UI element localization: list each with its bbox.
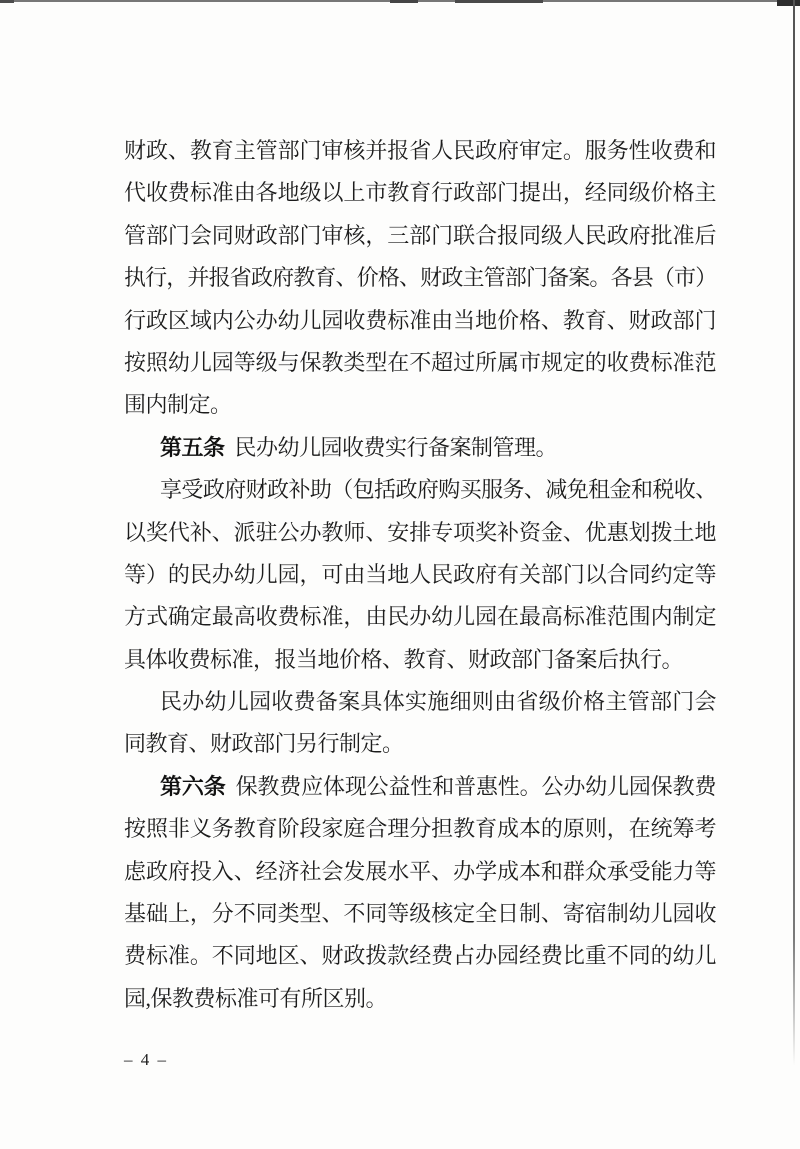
text-line: 同教育、财政部门另行制定。: [124, 723, 716, 765]
text-line: 按照幼儿园等级与保教类型在不超过所属市规定的收费标准范: [124, 342, 716, 384]
article-6-label: 第六条: [160, 774, 226, 799]
article-5-label: 第五条: [160, 435, 225, 460]
text-line: 按照非义务教育阶段家庭合理分担教育成本的原则，在统筹考: [124, 808, 716, 850]
text-line: 基础上，分不同类型、不同等级核定全日制、寄宿制幼儿园收: [124, 893, 716, 935]
article-6-line: 第六条保教费应体现公益性和普惠性。公办幼儿园保教费: [124, 766, 716, 808]
scan-edge-right: [793, 0, 795, 1066]
text-line: 等）的民办幼儿园，可由当地人民政府有关部门以合同约定等: [124, 554, 716, 596]
text-line: 园,保教费标准可有所区别。: [124, 978, 716, 1020]
text-line: 享受政府财政补助（包括政府购买服务、减免租金和税收、: [124, 469, 716, 511]
text-line: 民办幼儿园收费备案具体实施细则由省级价格主管部门会: [124, 681, 716, 723]
scan-smudge: [0, 0, 14, 3]
article-6-text: 保教费应体现公益性和普惠性。公办幼儿园保教费: [236, 774, 716, 799]
article-5-line: 第五条民办幼儿园收费实行备案制管理。: [124, 427, 716, 469]
text-line: 虑政府投入、经济社会发展水平、办学成本和群众承受能力等: [124, 851, 716, 893]
scan-smudge: [455, 0, 543, 3]
text-line: 管部门会同财政部门审核，三部门联合报同级人民政府批准后: [124, 215, 716, 257]
text-line: 具体收费标准，报当地价格、教育、财政部门备案后执行。: [124, 639, 716, 681]
document-body: 财政、教育主管部门审核并报省人民政府审定。服务性收费和 代收费标准由各地级以上市…: [124, 130, 716, 1020]
text-line: 财政、教育主管部门审核并报省人民政府审定。服务性收费和: [124, 130, 716, 172]
article-5-text: 民办幼儿园收费实行备案制管理。: [235, 435, 558, 460]
scan-smudge: [390, 0, 418, 3]
text-line: 费标准。不同地区、财政拨款经费占办园经费比重不同的幼儿: [124, 935, 716, 977]
page-number: – 4 –: [124, 1050, 168, 1070]
text-line: 方式确定最高收费标准，由民办幼儿园在最高标准范围内制定: [124, 596, 716, 638]
text-line: 围内制定。: [124, 384, 716, 426]
text-line: 执行，并报省政府教育、价格、财政主管部门备案。各县（市）: [124, 257, 716, 299]
scanned-document-page: 财政、教育主管部门审核并报省人民政府审定。服务性收费和 代收费标准由各地级以上市…: [0, 0, 800, 1149]
text-line: 行政区域内公办幼儿园收费标准由当地价格、教育、财政部门: [124, 300, 716, 342]
text-line: 以奖代补、派驻公办教师、安排专项奖补资金、优惠划拨土地: [124, 512, 716, 554]
scan-corner-mark: [777, 0, 800, 6]
text-line: 代收费标准由各地级以上市教育行政部门提出，经同级价格主: [124, 172, 716, 214]
